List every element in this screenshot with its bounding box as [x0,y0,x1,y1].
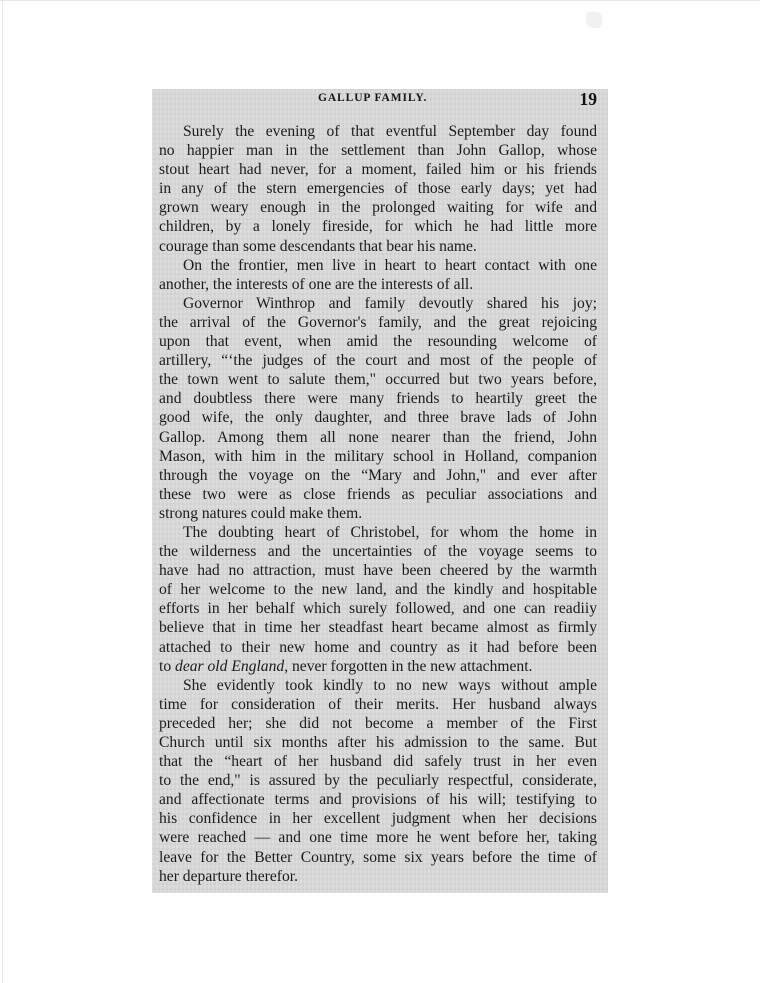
running-head: GALLUP FAMILY. 19 [152,90,608,110]
text-fragment: , never forgotten in the new attachment. [284,658,532,675]
viewer-top-border [0,0,760,1]
text-line: no happier man in the settlement than Jo… [159,141,597,160]
text-line: The doubting heart of Christobel, for wh… [159,523,597,542]
text-line: good wife, the only daughter, and three … [159,408,597,427]
text-line: in any of the stern emergencies of those… [159,179,597,198]
text-line: that the “heart of her husband did safel… [159,752,597,771]
text-line: attached to their new home and country a… [159,638,597,657]
scan-smudge-mark [586,12,602,28]
text-fragment: to [159,658,175,675]
text-line: of her welcome to the new land, and the … [159,580,597,599]
text-line: children, by a lonely fireside, for whic… [159,217,597,236]
text-line: have had no attraction, must have been c… [159,561,597,580]
text-line: She evidently took kindly to no new ways… [159,676,597,695]
text-line: the arrival of the Governor's family, an… [159,313,597,332]
text-line: upon that event, when amid the resoundin… [159,332,597,351]
body-text: Surely the evening of that eventful Sept… [159,122,597,886]
text-line: the town went to salute them," occurred … [159,370,597,389]
text-line: her departure therefor. [159,867,597,886]
text-line: to dear old England, never forgotten in … [159,657,597,676]
text-line: time for consideration of their merits. … [159,695,597,714]
text-line: preceded her; she did not become a membe… [159,714,597,733]
text-line: Church until six months after his admiss… [159,733,597,752]
paragraph-5: She evidently took kindly to no new ways… [159,676,597,886]
text-line: strong natures could make them. [159,504,597,523]
text-line: through the voyage on the “Mary and John… [159,466,597,485]
paragraph-2: On the frontier, men live in heart to he… [159,256,597,294]
paragraph-4: The doubting heart of Christobel, for wh… [159,523,597,676]
text-line: artillery, “‘the judges of the court and… [159,351,597,370]
text-line: grown weary enough in the prolonged wait… [159,198,597,217]
page-number: 19 [580,89,598,110]
text-line: to the end," is assured by the peculiarl… [159,771,597,790]
text-line: and affectionate terms and provisions of… [159,790,597,809]
paragraph-3: Governor Winthrop and family devoutly sh… [159,294,597,523]
running-head-title: GALLUP FAMILY. [318,92,427,104]
text-line: Gallop. Among them all none nearer than … [159,428,597,447]
text-line: leave for the Better Country, some six y… [159,848,597,867]
text-line: stout heart had never, for a moment, fai… [159,160,597,179]
text-line: efforts in her behalf which surely follo… [159,599,597,618]
text-line: Governor Winthrop and family devoutly sh… [159,294,597,313]
text-line: Mason, with him in the military school i… [159,447,597,466]
scanned-book-page: GALLUP FAMILY. 19 Surely the evening of … [152,89,608,893]
italic-phrase: dear old England [175,658,284,675]
viewer-left-border [2,0,3,983]
text-line: On the frontier, men live in heart to he… [159,256,597,275]
text-line: another, the interests of one are the in… [159,275,597,294]
text-line: and doubtless there were many friends to… [159,389,597,408]
paragraph-1: Surely the evening of that eventful Sept… [159,122,597,256]
text-line: courage than some descendants that bear … [159,237,597,256]
text-line: these two were as close friends as pecul… [159,485,597,504]
text-line: Surely the evening of that eventful Sept… [159,122,597,141]
text-line: believe that in time her steadfast heart… [159,618,597,637]
text-line: the wilderness and the uncertainties of … [159,542,597,561]
text-line: were reached — and one time more he went… [159,828,597,847]
text-line: his confidence in her excellent judgment… [159,809,597,828]
